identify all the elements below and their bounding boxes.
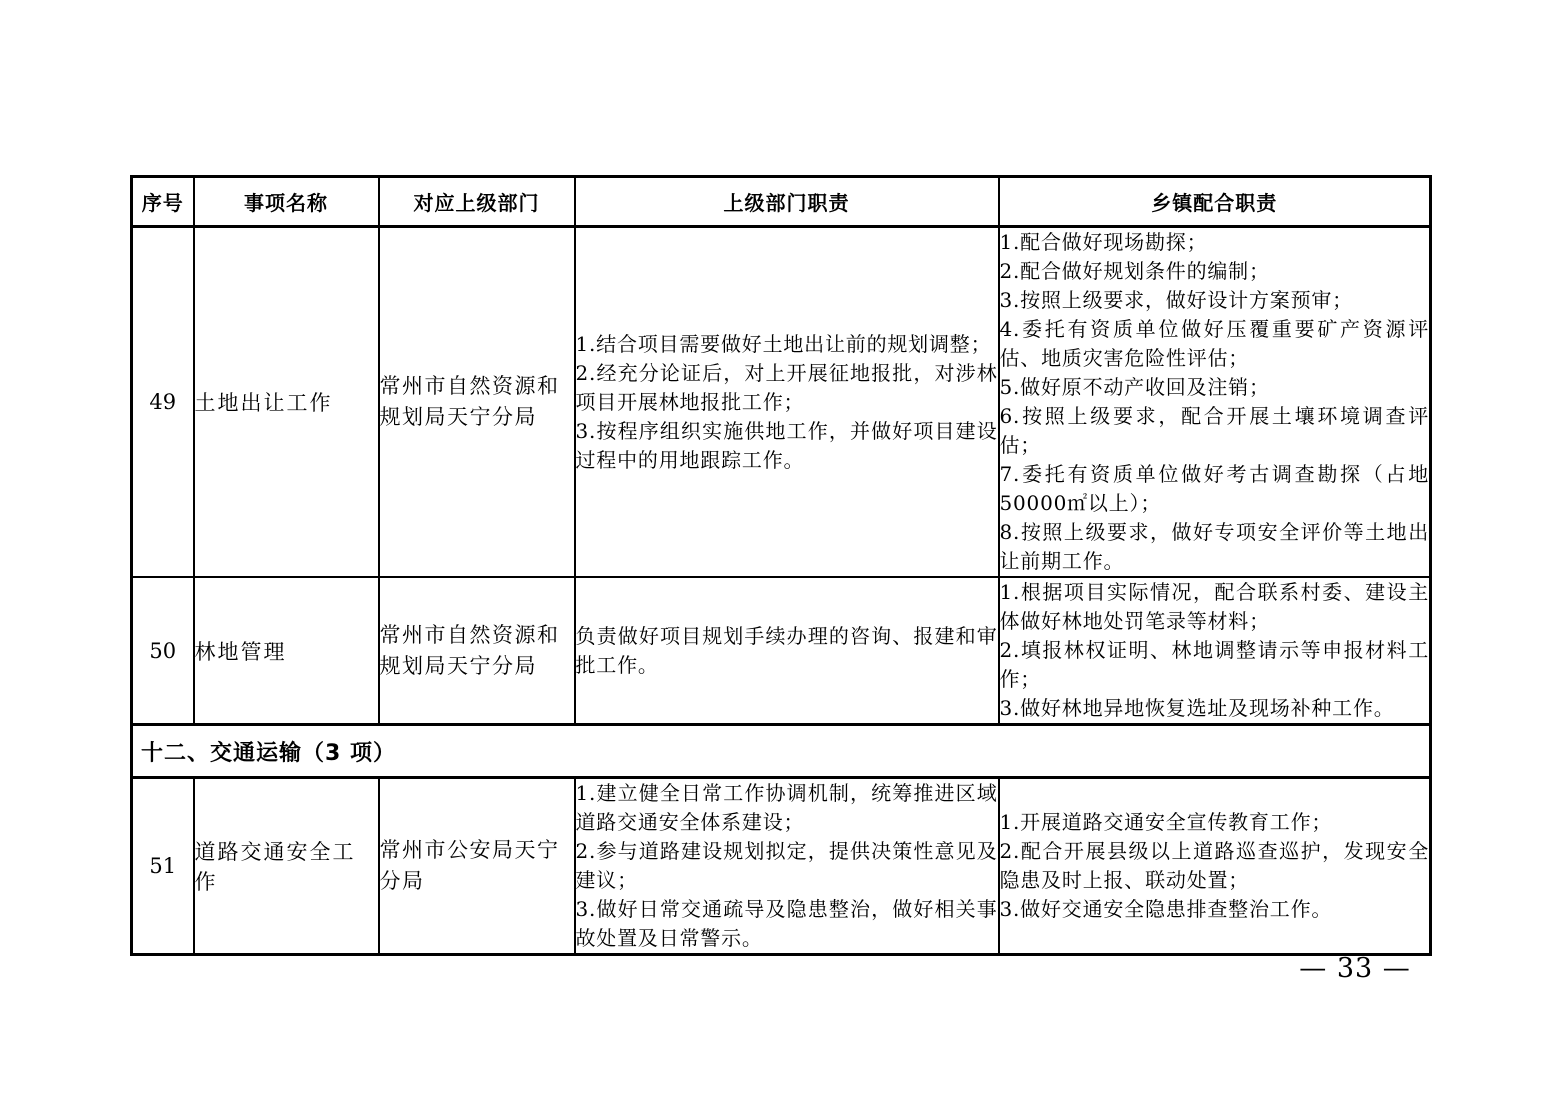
document-page: 序号 事项名称 对应上级部门 上级部门职责 乡镇配合职责 49 土地出让工作 常… [0, 0, 1559, 1102]
table-row-49: 49 土地出让工作 常州市自然资源和规划局天宁分局 1.结合项目需要做好土地出让… [132, 227, 1431, 578]
cell-township-duties: 1.配合做好现场勘探； 2.配合做好规划条件的编制； 3.按照上级要求，做好设计… [999, 227, 1431, 578]
cell-superior-duties: 负责做好项目规划手续办理的咨询、报建和审批工作。 [575, 577, 999, 725]
cell-superior-duties: 1.结合项目需要做好土地出让前的规划调整； 2.经充分论证后，对上开展征地报批，… [575, 227, 999, 578]
cell-township-duties: 1.根据项目实际情况，配合联系村委、建设主体做好林地处罚笔录等材料； 2.填报林… [999, 577, 1431, 725]
header-item-name: 事项名称 [194, 177, 379, 227]
table-header-row: 序号 事项名称 对应上级部门 上级部门职责 乡镇配合职责 [132, 177, 1431, 227]
cell-index: 51 [132, 778, 194, 955]
cell-department: 常州市公安局天宁分局 [379, 778, 575, 955]
cell-department: 常州市自然资源和规划局天宁分局 [379, 577, 575, 725]
table-row-50: 50 林地管理 常州市自然资源和规划局天宁分局 负责做好项目规划手续办理的咨询、… [132, 577, 1431, 725]
cell-department: 常州市自然资源和规划局天宁分局 [379, 227, 575, 578]
section-header-row: 十二、交通运输（3 项） [132, 725, 1431, 778]
page-number: — 33 — [1290, 953, 1420, 984]
cell-township-duties: 1.开展道路交通安全宣传教育工作； 2.配合开展县级以上道路巡查巡护，发现安全隐… [999, 778, 1431, 955]
header-index: 序号 [132, 177, 194, 227]
cell-index: 49 [132, 227, 194, 578]
table-row-51: 51 道路交通安全工作 常州市公安局天宁分局 1.建立健全日常工作协调机制，统筹… [132, 778, 1431, 955]
cell-superior-duties: 1.建立健全日常工作协调机制，统筹推进区域道路交通安全体系建设； 2.参与道路建… [575, 778, 999, 955]
section-header-title: 十二、交通运输（3 项） [132, 725, 1431, 778]
header-township-duty: 乡镇配合职责 [999, 177, 1431, 227]
cell-item-name: 道路交通安全工作 [194, 778, 379, 955]
cell-item-name: 土地出让工作 [194, 227, 379, 578]
header-department: 对应上级部门 [379, 177, 575, 227]
cell-index: 50 [132, 577, 194, 725]
cell-item-name: 林地管理 [194, 577, 379, 725]
header-superior-duty: 上级部门职责 [575, 177, 999, 227]
duties-table: 序号 事项名称 对应上级部门 上级部门职责 乡镇配合职责 49 土地出让工作 常… [130, 175, 1432, 956]
